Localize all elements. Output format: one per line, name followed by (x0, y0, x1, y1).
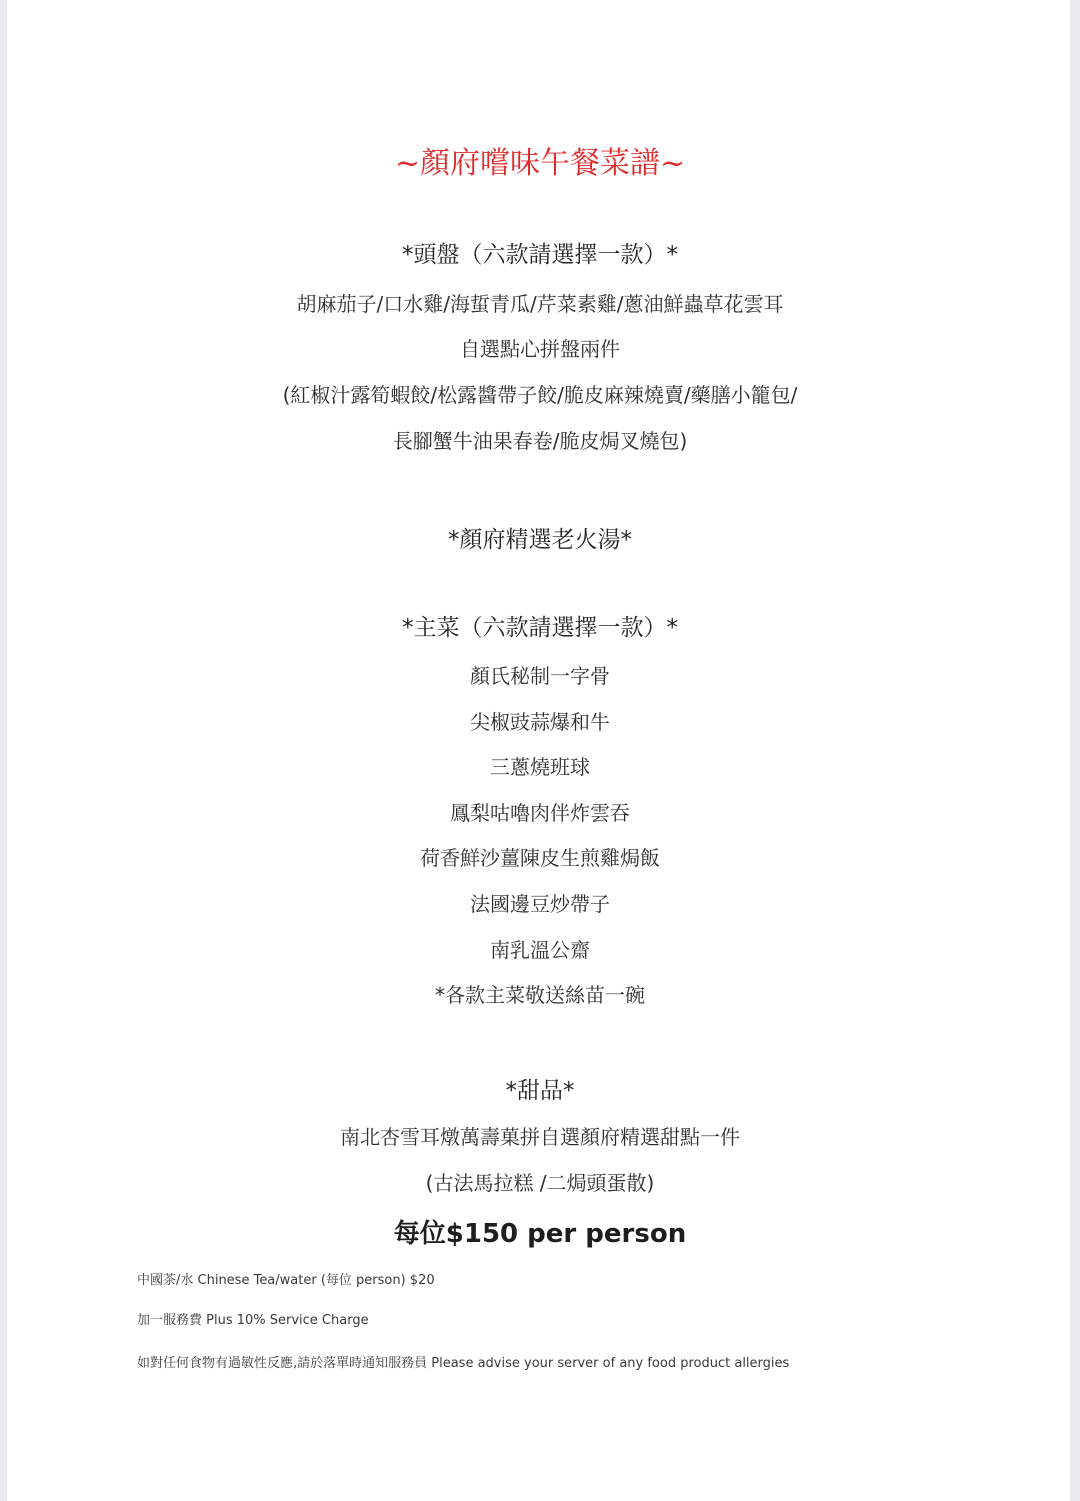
menu-line: 胡麻茄子/口水雞/海蜇青瓜/芹菜素雞/蔥油鮮蟲草花雲耳 (0, 288, 1080, 317)
note-service-charge: 加一服務費 Plus 10% Service Charge (137, 1309, 369, 1328)
menu-line: *各款主菜敬送絲苗一碗 (0, 979, 1080, 1008)
menu-line: 自選點心拼盤兩件 (0, 333, 1080, 362)
menu-line: 顏氏秘制一字骨 (0, 660, 1080, 689)
section-heading-appetizers: *頭盤（六款請選擇一款）* (0, 236, 1080, 269)
note-allergies: 如對任何食物有過敏性反應,請於落單時通知服務員 Please advise yo… (137, 1352, 789, 1371)
menu-line: 荷香鮮沙薑陳皮生煎雞焗飯 (0, 842, 1080, 871)
price-per-person: 每位$150 per person (0, 1213, 1080, 1250)
section-heading-mains: *主菜（六款請選擇一款）* (0, 609, 1080, 642)
menu-line: (紅椒汁露筍蝦餃/松露醬帶子餃/脆皮麻辣燒賣/藥膳小籠包/ (0, 379, 1080, 408)
menu-line: 鳳梨咕嚕肉伴炸雲吞 (0, 797, 1080, 826)
menu-line: 法國邊豆炒帶子 (0, 888, 1080, 917)
menu-line: 長腳蟹牛油果春卷/脆皮焗叉燒包) (0, 425, 1080, 454)
menu-line: 尖椒豉蒜爆和牛 (0, 706, 1080, 735)
section-heading-dessert: *甜品* (0, 1072, 1080, 1105)
menu-title: ~顏府嚐味午餐菜譜~ (0, 138, 1080, 182)
section-heading-soup: *顏府精選老火湯* (0, 521, 1080, 554)
note-tea-water: 中國茶/水 Chinese Tea/water (每位 person) $20 (137, 1269, 435, 1288)
menu-line: 南北杏雪耳燉萬壽菓拼自選顏府精選甜點一件 (0, 1121, 1080, 1150)
menu-line: 南乳溫公齋 (0, 934, 1080, 963)
menu-line: 三蔥燒班球 (0, 751, 1080, 780)
menu-line: (古法馬拉糕 /二焗頭蛋散) (0, 1167, 1080, 1196)
